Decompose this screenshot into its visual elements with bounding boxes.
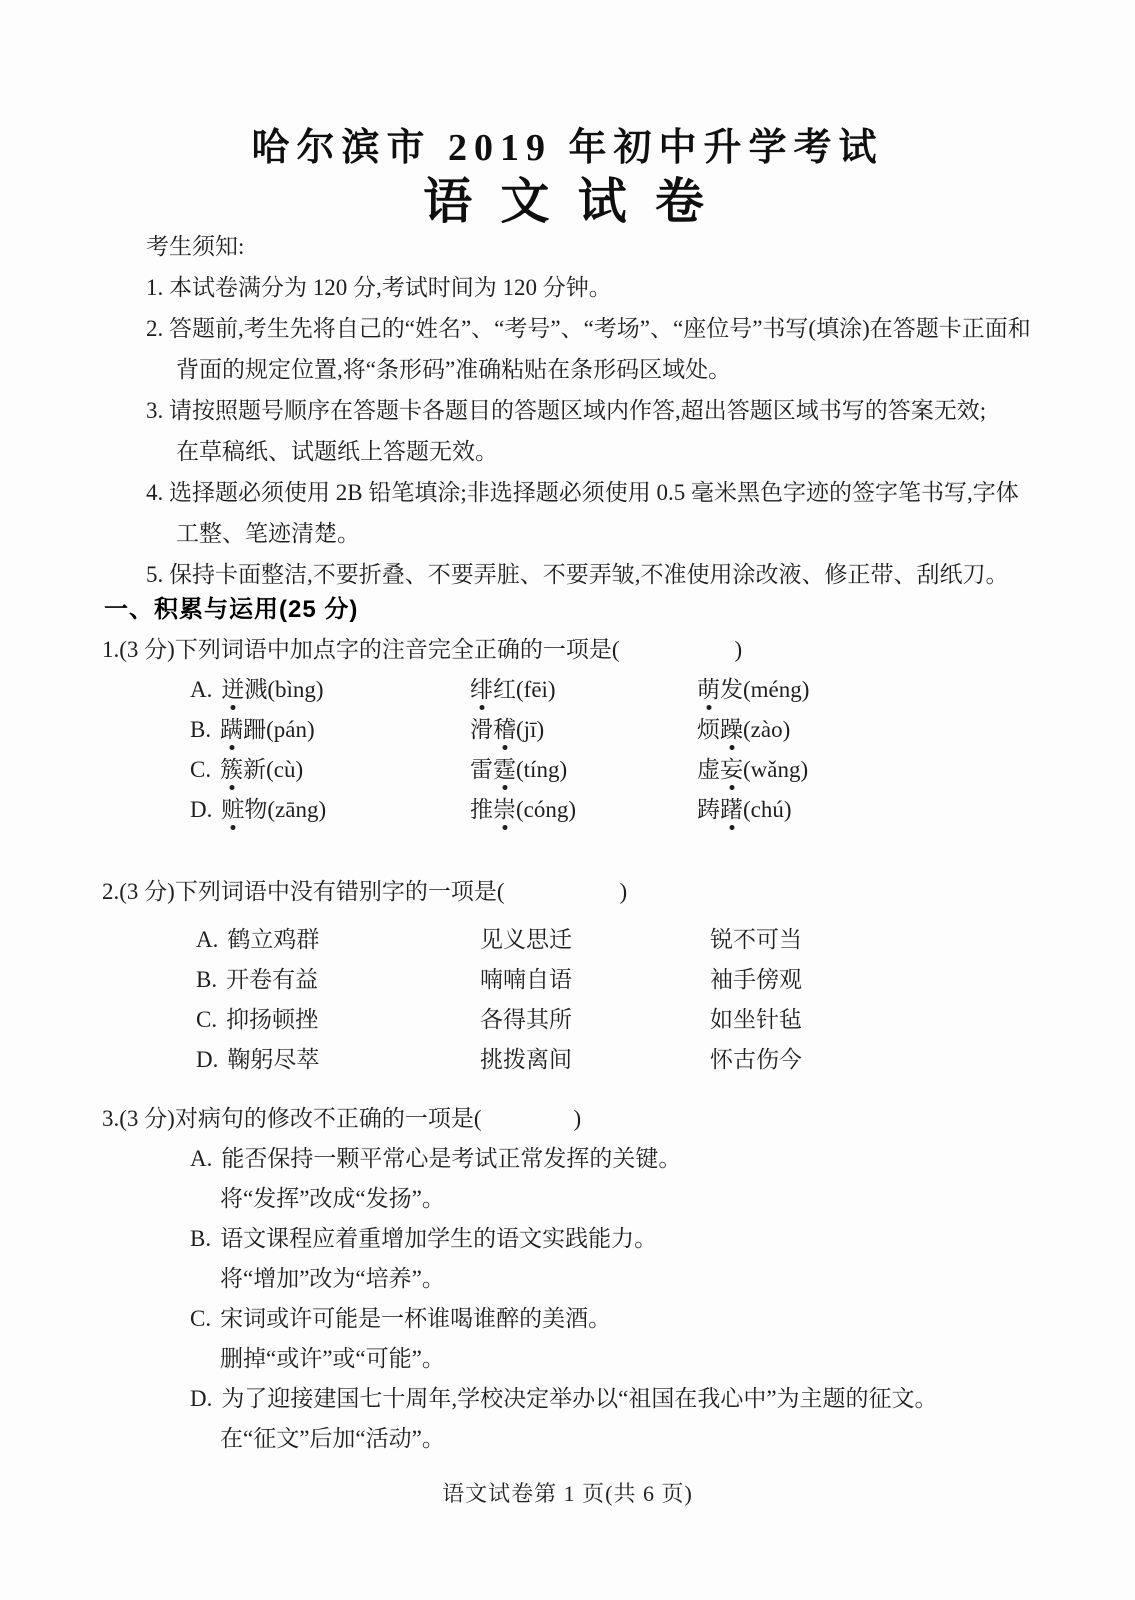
option-b-cell-1: B.开卷有益 [196, 960, 318, 1000]
option-c-cell-3: 虚妄(wǎng) [697, 750, 808, 790]
word-part: (zào) [743, 717, 790, 742]
option-d-cell-3: 踌躇(chú) [697, 790, 792, 830]
option-c-sentence: C.宋词或许可能是一杯谁喝谁醉的美酒。 [102, 1299, 1102, 1339]
idiom: 鹤立鸡群 [227, 927, 319, 952]
option-label-a: A. [196, 927, 218, 952]
option-a-cell-1: A.鹤立鸡群 [196, 920, 319, 960]
sentence-text: 宋词或许可能是一杯谁喝谁醉的美酒。 [220, 1306, 611, 1331]
word-part: 推 [470, 797, 493, 822]
option-row-b: B.蹒跚(pán) 滑稽(jī) 烦躁(zào) [102, 710, 1102, 750]
word-part: (tíng) [516, 757, 567, 782]
word-pinyin: 迸溅(bìng) [221, 677, 323, 702]
option-label-a: A. [190, 677, 212, 702]
word-pinyin: 蹒跚(pán) [220, 717, 315, 742]
option-a-cell-3: 萌发(méng) [697, 670, 809, 710]
option-c-cell-1: C.簇新(cù) [190, 750, 303, 790]
word-pinyin: 雷霆(tíng) [470, 757, 567, 782]
option-row-d: D.赃物(zāng) 推崇(cóng) 踌躇(chú) [102, 790, 1102, 830]
option-d-cell-2: 挑拨离间 [480, 1040, 572, 1080]
question-1: 1.(3 分)下列词语中加点字的注音完全正确的一项是( ) A.迸溅(bìng)… [102, 630, 1102, 830]
emphasized-char: 迸 [221, 670, 244, 710]
emphasized-char: 躇 [720, 790, 743, 830]
option-b-cell-2: 喃喃自语 [480, 960, 572, 1000]
question-1-options: A.迸溅(bìng) 绯红(fēi) 萌发(méng) B.蹒跚(pán) 滑稽… [102, 670, 1102, 830]
notice-line-3-cont: 在草稿纸、试题纸上答题无效。 [146, 431, 1106, 472]
word-part: 跚(pán) [243, 717, 315, 742]
option-b-cell-2: 滑稽(jī) [470, 710, 544, 750]
option-c-fix: 删掉“或许”或“可能”。 [102, 1339, 1102, 1379]
option-d-sentence: D.为了迎接建国七十周年,学校决定举办以“祖国在我心中”为主题的征文。 [102, 1379, 1102, 1419]
option-a-cell-1: A.迸溅(bìng) [190, 670, 324, 710]
emphasized-char: 稽 [493, 710, 516, 750]
option-label-d: D. [190, 1386, 212, 1411]
option-a-fix: 将“发挥”改成“发扬”。 [102, 1179, 1102, 1219]
option-b-sentence: B.语文课程应着重增加学生的语文实践能力。 [102, 1219, 1102, 1259]
notice-line-2: 2. 答题前,考生先将自己的“姓名”、“考号”、“考场”、“座位号”书写(填涂)… [146, 308, 1106, 349]
question-1-stem: 1.(3 分)下列词语中加点字的注音完全正确的一项是( ) [102, 630, 1102, 670]
option-b-cell-1: B.蹒跚(pán) [190, 710, 315, 750]
question-2: 2.(3 分)下列词语中没有错别字的一项是( ) A.鹤立鸡群 见义思迁 锐不可… [102, 872, 1102, 1080]
option-label-c: C. [196, 1007, 217, 1032]
word-part: 物(zāng) [244, 797, 326, 822]
word-part: 雷 [470, 757, 493, 782]
word-part: 发(méng) [720, 677, 809, 702]
word-part: 滑 [470, 717, 493, 742]
option-c-cell-1: C.抑扬顿挫 [196, 1000, 318, 1040]
option-d-cell-2: 推崇(cóng) [470, 790, 576, 830]
emphasized-char: 簇 [220, 750, 243, 790]
option-row-a: A.鹤立鸡群 见义思迁 锐不可当 [102, 920, 1102, 960]
option-row-a: A.迸溅(bìng) 绯红(fēi) 萌发(méng) [102, 670, 1102, 710]
notice-line-3: 3. 请按照题号顺序在答题卡各题目的答题区域内作答,超出答题区域书写的答案无效; [146, 390, 1106, 431]
notice-line-1: 1. 本试卷满分为 120 分,考试时间为 120 分钟。 [146, 267, 1106, 308]
option-d-cell-3: 怀古伤今 [710, 1040, 802, 1080]
word-part: 虚 [697, 757, 720, 782]
idiom: 抑扬顿挫 [226, 1007, 318, 1032]
word-pinyin: 烦躁(zào) [697, 717, 790, 742]
option-c-cell-2: 雷霆(tíng) [470, 750, 567, 790]
word-part: (chú) [743, 797, 792, 822]
option-label-b: B. [190, 1226, 211, 1251]
option-c-cell-3: 如坐针毡 [710, 1000, 802, 1040]
option-c-cell-2: 各得其所 [480, 1000, 572, 1040]
word-pinyin: 虚妄(wǎng) [697, 757, 808, 782]
idiom: 鞠躬尽萃 [227, 1047, 319, 1072]
option-a-cell-3: 锐不可当 [710, 920, 802, 960]
word-pinyin: 推崇(cóng) [470, 797, 576, 822]
word-part: 烦 [697, 717, 720, 742]
sentence-text: 能否保持一颗平常心是考试正常发挥的关键。 [221, 1146, 681, 1171]
candidate-notice-section: 考生须知: 1. 本试卷满分为 120 分,考试时间为 120 分钟。 2. 答… [146, 226, 1106, 595]
option-label-d: D. [196, 1047, 218, 1072]
emphasized-char: 妄 [720, 750, 743, 790]
option-row-d: D.鞠躬尽萃 挑拨离间 怀古伤今 [102, 1040, 1102, 1080]
option-label-b: B. [196, 967, 217, 992]
word-pinyin: 萌发(méng) [697, 677, 809, 702]
option-label-a: A. [190, 1146, 212, 1171]
word-pinyin: 赃物(zāng) [221, 797, 326, 822]
notice-line-4-cont: 工整、笔迹清楚。 [146, 513, 1106, 554]
option-row-c: C.簇新(cù) 雷霆(tíng) 虚妄(wǎng) [102, 750, 1102, 790]
word-pinyin: 绯红(fēi) [470, 677, 556, 702]
word-part: 溅(bìng) [244, 677, 323, 702]
option-a-cell-2: 见义思迁 [480, 920, 572, 960]
option-a-sentence: A.能否保持一颗平常心是考试正常发挥的关键。 [102, 1139, 1102, 1179]
notice-line-2-cont: 背面的规定位置,将“条形码”准确粘贴在条形码区域处。 [146, 349, 1106, 390]
option-label-b: B. [190, 717, 211, 742]
section-1-heading: 一、积累与运用(25 分) [104, 589, 358, 624]
word-pinyin: 簇新(cù) [220, 757, 303, 782]
question-3-stem: 3.(3 分)对病句的修改不正确的一项是( ) [102, 1099, 1102, 1139]
option-b-cell-3: 烦躁(zào) [697, 710, 790, 750]
option-d-cell-1: D.鞠躬尽萃 [196, 1040, 319, 1080]
emphasized-char: 崇 [493, 790, 516, 830]
emphasized-char: 霆 [493, 750, 516, 790]
notice-heading: 考生须知: [146, 226, 1106, 267]
question-3: 3.(3 分)对病句的修改不正确的一项是( ) A.能否保持一颗平常心是考试正常… [102, 1099, 1102, 1459]
emphasized-char: 躁 [720, 710, 743, 750]
question-2-stem: 2.(3 分)下列词语中没有错别字的一项是( ) [102, 872, 1102, 912]
word-part: 踌 [697, 797, 720, 822]
emphasized-char: 萌 [697, 670, 720, 710]
idiom: 开卷有益 [226, 967, 318, 992]
page-subtitle: 语 文 试 卷 [0, 163, 1135, 233]
emphasized-char: 蹒 [220, 710, 243, 750]
word-pinyin: 踌躇(chú) [697, 797, 792, 822]
sentence-text: 为了迎接建国七十周年,学校决定举办以“祖国在我心中”为主题的征文。 [221, 1386, 937, 1411]
word-pinyin: 滑稽(jī) [470, 717, 544, 742]
option-label-c: C. [190, 1306, 211, 1331]
option-d-cell-1: D.赃物(zāng) [190, 790, 326, 830]
word-part: (jī) [516, 717, 544, 742]
question-2-options: A.鹤立鸡群 见义思迁 锐不可当 B.开卷有益 喃喃自语 袖手傍观 C.抑扬顿挫… [102, 920, 1102, 1080]
option-a-cell-2: 绯红(fēi) [470, 670, 556, 710]
emphasized-char: 赃 [221, 790, 244, 830]
page-footer: 语文试卷第 1 页(共 6 页) [0, 1477, 1135, 1508]
option-b-fix: 将“增加”改为“培养”。 [102, 1259, 1102, 1299]
exam-paper-page: 哈尔滨市 2019 年初中升学考试 语 文 试 卷 考生须知: 1. 本试卷满分… [0, 0, 1135, 1600]
word-part: 新(cù) [243, 757, 303, 782]
option-row-c: C.抑扬顿挫 各得其所 如坐针毡 [102, 1000, 1102, 1040]
notice-line-4: 4. 选择题必须使用 2B 铅笔填涂;非选择题必须使用 0.5 毫米黑色字迹的签… [146, 472, 1106, 513]
word-part: (cóng) [516, 797, 576, 822]
option-d-fix: 在“征文”后加“活动”。 [102, 1419, 1102, 1459]
option-b-cell-3: 袖手傍观 [710, 960, 802, 1000]
word-part: (wǎng) [743, 757, 808, 782]
option-label-c: C. [190, 757, 211, 782]
option-label-d: D. [190, 797, 212, 822]
emphasized-char: 绯 [470, 670, 493, 710]
word-part: 红(fēi) [493, 677, 556, 702]
sentence-text: 语文课程应着重增加学生的语文实践能力。 [220, 1226, 657, 1251]
option-row-b: B.开卷有益 喃喃自语 袖手傍观 [102, 960, 1102, 1000]
